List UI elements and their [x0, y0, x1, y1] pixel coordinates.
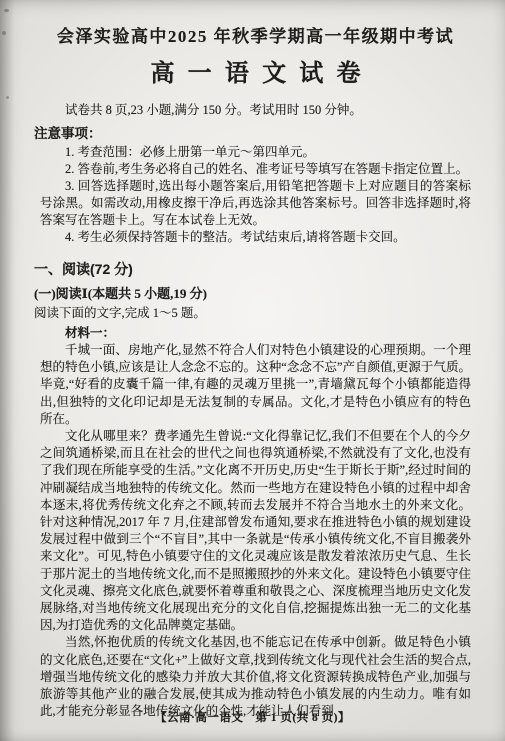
scan-artifact: [2, 31, 6, 35]
exam-title: 高一语文试卷: [40, 53, 471, 88]
page-content: 会泽实验高中2025 年秋季学期高一年级期中考试 高一语文试卷 试卷共 8 页,…: [40, 22, 471, 729]
reading-instruction: 阅读下面的文字,完成 1～5 题。: [34, 305, 471, 322]
exam-info-line: 试卷共 8 页,23 小题,满分 150 分。考试用时 150 分钟。: [40, 102, 471, 119]
scan-artifact: [6, 96, 9, 99]
scan-artifact: [4, 9, 9, 12]
spacer: [40, 246, 471, 259]
material-one-label: 材料一：: [40, 325, 471, 342]
notice-item-3: 3. 回答选择题时,选出每小题答案后,用铅笔把答题卡上对应题目的答案标号涂黑。如…: [40, 178, 471, 229]
exam-header-line: 会泽实验高中2025 年秋季学期高一年级期中考试: [40, 22, 471, 47]
section-heading-reading: 一、阅读(72 分): [34, 259, 471, 279]
exam-paper-page: 会泽实验高中2025 年秋季学期高一年级期中考试 高一语文试卷 试卷共 8 页,…: [0, 0, 505, 741]
body-paragraph-1: 千城一面、房地产化,显然不符合人们对特色小镇建设的心理预期。一个理想的特色小镇,…: [40, 342, 471, 428]
notice-heading: 注意事项：: [34, 122, 471, 142]
page-footer: 【云南·高一语文 第 1 页(共 8 页)】: [0, 709, 505, 725]
notice-item-2: 2. 答卷前,考生务必将自己的姓名、准考证号等填写在答题卡指定位置上。: [40, 161, 471, 178]
section-subheading-reading1: (一)阅读Ⅰ(本题共 5 小题,19 分): [34, 283, 471, 302]
notice-item-1: 1. 考查范围：必修上册第一单元～第四单元。: [40, 144, 471, 161]
body-paragraph-2: 文化从哪里来？费孝通先生曾说:“文化得靠记忆,我们不但要在个人的今夕之间筑通桥梁…: [40, 428, 471, 634]
notice-item-4: 4. 考生必须保持答题卡的整洁。考试结束后,请将答题卡交回。: [40, 229, 471, 246]
scan-edge-shadow: [0, 0, 14, 741]
body-paragraph-3: 当然,怀抱优质的传统文化基因,也不能忘记在传承中创新。做足特色小镇的文化底色,还…: [40, 634, 471, 720]
